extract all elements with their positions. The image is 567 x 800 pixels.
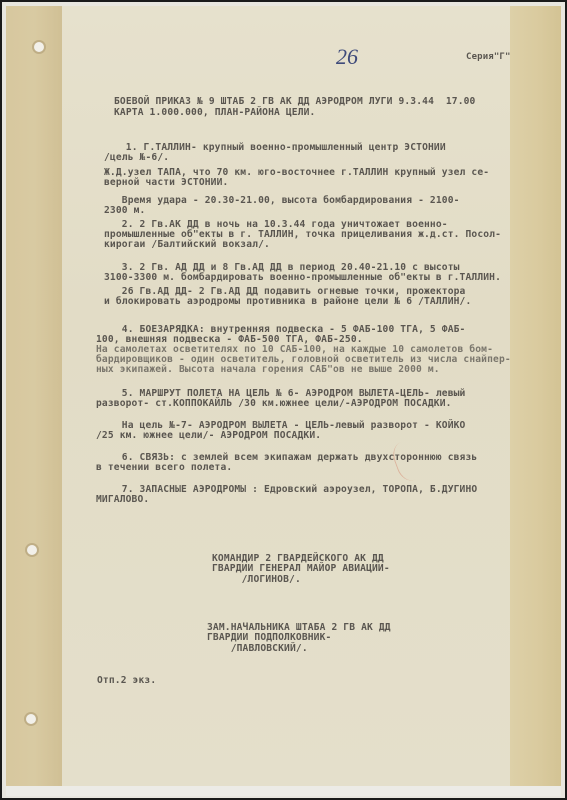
section-5-line: разворот- ст.КОППОКАЙЛЬ /30 км.южнее цел… xyxy=(96,398,452,409)
signature-1-rank: ГВАРДИИ ГЕНЕРАЛ МАЙОР АВИАЦИИ- xyxy=(212,563,390,574)
signature-1-name: /ЛОГИНОВ/. xyxy=(212,574,301,585)
section-3-line: 3100-3300 м. бомбардировать военно-промы… xyxy=(104,272,501,283)
binding-hole-icon xyxy=(26,714,36,724)
section-4-line: ных экипажей. Высота начала горения САБ"… xyxy=(96,364,440,375)
strike-time-line: 2300 м. xyxy=(104,205,145,216)
strike-time-line: Время удара - 20.30-21.00, высота бомбар… xyxy=(104,195,460,206)
order-title: БОЕВОЙ ПРИКАЗ № 9 ШТАБ 2 ГВ АК ДД АЭРОДР… xyxy=(114,96,475,107)
handwritten-page-number: 26 xyxy=(336,44,358,70)
section-7-line: МИГАЛОВО. xyxy=(96,494,149,505)
left-binding-tape xyxy=(6,6,62,786)
section-3-line: и блокировать аэродромы противника в рай… xyxy=(104,296,471,307)
section-5-line: /25 км. южнее цели/- АЭРОДРОМ ПОСАДКИ. xyxy=(96,430,321,441)
section-1-line: верной части ЭСТОНИИ. xyxy=(104,177,228,188)
section-7-line: 7. ЗАПАСНЫЕ АЭРОДРОМЫ : Едровский аэроуз… xyxy=(104,484,477,495)
binding-hole-icon xyxy=(27,545,37,555)
copies-note: Отп.2 экз. xyxy=(97,675,156,686)
bottom-edge xyxy=(6,786,561,796)
order-map-reference: КАРТА 1.000.000, ПЛАН-РАЙОНА ЦЕЛИ. xyxy=(114,107,315,118)
signature-2-name: /ПАВЛОВСКИЙ/. xyxy=(207,643,308,654)
right-binding-tape xyxy=(510,6,561,786)
series-label: Серия"Г" xyxy=(466,52,511,63)
binding-hole-icon xyxy=(34,42,44,52)
section-1-line: /цель №-6/. xyxy=(104,152,169,163)
signature-2-rank: ГВАРДИИ ПОДПОЛКОВНИК- xyxy=(207,632,331,643)
section-6-line: в течении всего полета. xyxy=(96,462,232,473)
section-2-line: кирогаи /Балтийский вокзал/. xyxy=(104,239,270,250)
